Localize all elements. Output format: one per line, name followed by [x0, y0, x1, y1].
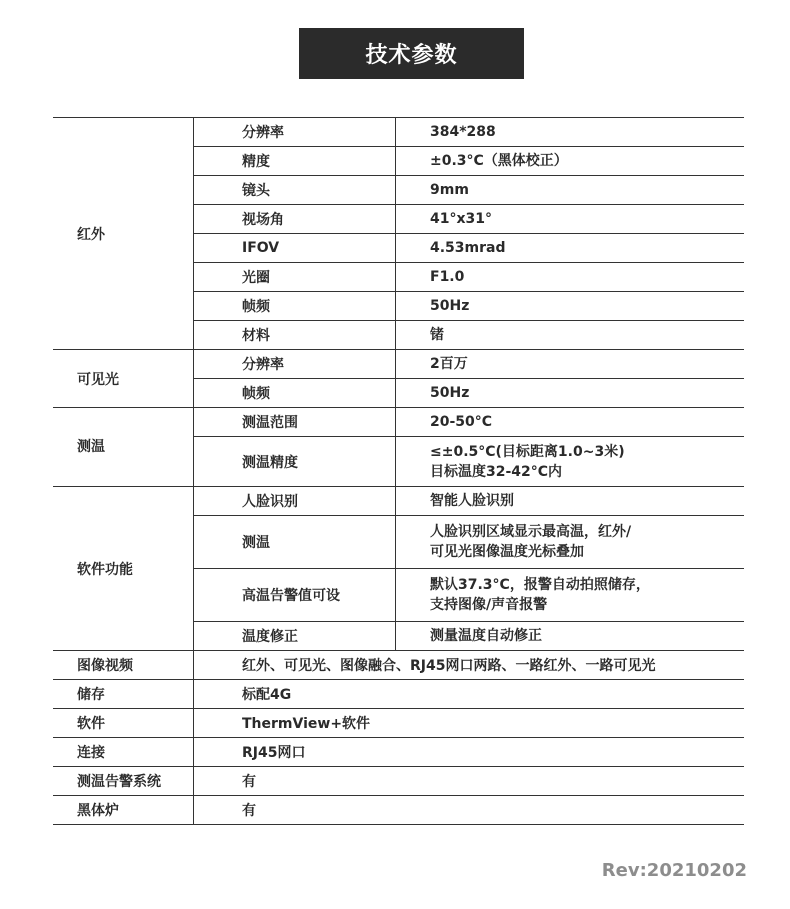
table-row: 帧频50Hz [194, 378, 744, 407]
spec-key: 镜头 [194, 176, 396, 204]
spec-group-infrared: 红外 分辨率384*288 精度±0.3°C（黑体校正） 镜头9mm 视场角41… [53, 118, 744, 349]
spec-value: 锗 [396, 321, 744, 349]
category-label: 红外 [53, 118, 194, 349]
table-row-image-video: 图像视频红外、可见光、图像融合、RJ45网口两路、一路红外、一路可见光 [53, 650, 744, 679]
spec-value: 20-50°C [396, 408, 744, 436]
spec-value: 智能人脸识别 [396, 487, 744, 515]
spec-value: 2百万 [396, 350, 744, 378]
spec-value: 人脸识别区域显示最高温，红外/ 可见光图像温度光标叠加 [396, 516, 744, 568]
spec-value: F1.0 [396, 263, 744, 291]
spec-value: ThermView+软件 [194, 709, 744, 737]
spec-value: 默认37.3°C，报警自动拍照储存， 支持图像/声音报警 [396, 569, 744, 621]
spec-key: 视场角 [194, 205, 396, 233]
table-row: 分辨率384*288 [194, 118, 744, 146]
spec-group-temperature-measurement: 测温 测温范围20-50°C 测温精度≤±0.5°C(目标距离1.0~3米) 目… [53, 407, 744, 486]
table-row-blackbody: 黑体炉有 [53, 795, 744, 824]
spec-key: 测温 [194, 516, 396, 568]
spec-value: 41°x31° [396, 205, 744, 233]
table-row-software: 软件ThermView+软件 [53, 708, 744, 737]
spec-group-visible-light: 可见光 分辨率2百万 帧频50Hz [53, 349, 744, 407]
spec-value: 50Hz [396, 379, 744, 407]
category-label: 可见光 [53, 350, 194, 407]
spec-key: 精度 [194, 147, 396, 175]
spec-value: 9mm [396, 176, 744, 204]
spec-key: 人脸识别 [194, 487, 396, 515]
spec-key: 温度修正 [194, 622, 396, 650]
spec-key: IFOV [194, 234, 396, 262]
category-label: 储存 [53, 680, 194, 708]
table-row: 材料锗 [194, 320, 744, 349]
table-row: 帧频50Hz [194, 291, 744, 320]
table-row: IFOV4.53mrad [194, 233, 744, 262]
spec-group-software-functions: 软件功能 人脸识别智能人脸识别 测温人脸识别区域显示最高温，红外/ 可见光图像温… [53, 486, 744, 650]
spec-value: 测量温度自动修正 [396, 622, 744, 650]
table-row: 光圈F1.0 [194, 262, 744, 291]
spec-key: 分辨率 [194, 350, 396, 378]
table-row: 精度±0.3°C（黑体校正） [194, 146, 744, 175]
spec-value: 50Hz [396, 292, 744, 320]
spec-key: 帧频 [194, 292, 396, 320]
spec-key: 测温范围 [194, 408, 396, 436]
spec-key: 帧频 [194, 379, 396, 407]
spec-value: 有 [194, 796, 744, 824]
table-row: 分辨率2百万 [194, 350, 744, 378]
table-row-storage: 储存标配4G [53, 679, 744, 708]
table-row: 测温精度≤±0.5°C(目标距离1.0~3米) 目标温度32-42°C内 [194, 436, 744, 486]
page-title: 技术参数 [299, 28, 524, 79]
spec-value: ≤±0.5°C(目标距离1.0~3米) 目标温度32-42°C内 [396, 437, 744, 486]
category-label: 软件 [53, 709, 194, 737]
table-row: 温度修正测量温度自动修正 [194, 621, 744, 650]
category-label: 测温 [53, 408, 194, 486]
table-row-connection: 连接RJ45网口 [53, 737, 744, 766]
table-row: 镜头9mm [194, 175, 744, 204]
spec-value: 标配4G [194, 680, 744, 708]
spec-value: 384*288 [396, 118, 744, 146]
category-label: 图像视频 [53, 651, 194, 679]
table-row: 视场角41°x31° [194, 204, 744, 233]
category-label: 黑体炉 [53, 796, 194, 824]
spec-table: 红外 分辨率384*288 精度±0.3°C（黑体校正） 镜头9mm 视场角41… [53, 117, 744, 825]
table-row: 测温人脸识别区域显示最高温，红外/ 可见光图像温度光标叠加 [194, 515, 744, 568]
spec-value: 红外、可见光、图像融合、RJ45网口两路、一路红外、一路可见光 [194, 651, 744, 679]
category-label: 连接 [53, 738, 194, 766]
spec-key: 分辨率 [194, 118, 396, 146]
spec-value: RJ45网口 [194, 738, 744, 766]
table-row: 测温范围20-50°C [194, 408, 744, 436]
table-row: 高温告警值可设默认37.3°C，报警自动拍照储存， 支持图像/声音报警 [194, 568, 744, 621]
category-label: 测温告警系统 [53, 767, 194, 795]
revision-label: Rev:20210202 [602, 860, 747, 881]
spec-key: 高温告警值可设 [194, 569, 396, 621]
table-row-alarm-system: 测温告警系统有 [53, 766, 744, 795]
spec-value: ±0.3°C（黑体校正） [396, 147, 744, 175]
spec-value: 有 [194, 767, 744, 795]
spec-value: 4.53mrad [396, 234, 744, 262]
spec-key: 光圈 [194, 263, 396, 291]
spec-key: 测温精度 [194, 437, 396, 486]
spec-key: 材料 [194, 321, 396, 349]
table-row: 人脸识别智能人脸识别 [194, 487, 744, 515]
category-label: 软件功能 [53, 487, 194, 650]
